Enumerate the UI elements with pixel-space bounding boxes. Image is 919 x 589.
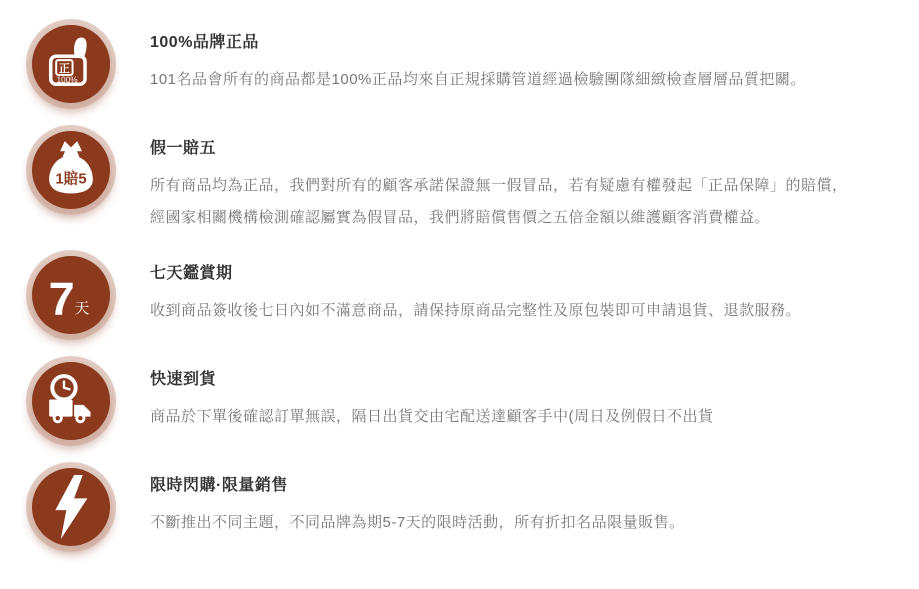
delivery-truck-clock-icon xyxy=(32,362,110,440)
feature-row-flash-sale: 限時閃購·限量銷售 不斷推出不同主題，不同品牌為期5-7天的限時活動，所有折扣名… xyxy=(32,468,889,551)
badge-main-text: 7 xyxy=(49,273,75,325)
feature-title: 快速到貨 xyxy=(150,366,889,389)
compensation-badge: 1賠5 xyxy=(32,131,110,209)
badge-main-text: 1賠5 xyxy=(55,169,86,187)
fast-delivery-badge-circle xyxy=(32,362,110,440)
feature-title: 限時閃購·限量銷售 xyxy=(150,472,889,495)
feature-description: 不斷推出不同主題，不同品牌為期5-7天的限時活動，所有折扣名品限量販售。 xyxy=(150,507,889,538)
seven-day-badge: 7 天 xyxy=(32,256,110,334)
feature-text-authentic: 100%品牌正品 101名品會所有的商品都是100%正品均來自正規採購管道經過檢… xyxy=(150,25,889,95)
feature-row-fast-delivery: 快速到貨 商品於下單後確認訂單無誤，隔日出貨交由宅配送達顧客手中(周日及例假日不… xyxy=(32,362,889,445)
feature-description: 所有商品均為正品，我們對所有的顧客承諾保證無一假冒品，若有疑慮有權發起「正品保障… xyxy=(150,170,889,201)
service-guarantees-section: 正 100% 100%品牌正品 101名品會所有的商品都是100%正品均來自正規… xyxy=(0,0,919,589)
feature-text-fast-delivery: 快速到貨 商品於下單後確認訂單無誤，隔日出貨交由宅配送達顧客手中(周日及例假日不… xyxy=(150,362,889,432)
fast-delivery-badge xyxy=(32,362,110,440)
badge-main-text: 正 xyxy=(59,61,70,75)
feature-text-seven-day: 七天鑑賞期 收到商品簽收後七日內如不滿意商品，請保持原商品完整性及原包裝即可申請… xyxy=(150,256,889,326)
feature-description: 收到商品簽收後七日內如不滿意商品，請保持原商品完整性及原包裝即可申請退貨、退款服… xyxy=(150,295,889,326)
authentic-badge-circle: 正 100% xyxy=(32,25,110,103)
seven-days-icon: 7 天 xyxy=(32,256,110,334)
feature-title: 假一賠五 xyxy=(150,135,889,158)
feature-description: 101名品會所有的商品都是100%正品均來自正規採購管道經過檢驗團隊細緻檢查層層… xyxy=(150,64,889,95)
feature-row-seven-day: 7 天 七天鑑賞期 收到商品簽收後七日內如不滿意商品，請保持原商品完整性及原包裝… xyxy=(32,256,889,339)
feature-title: 七天鑑賞期 xyxy=(150,260,889,283)
money-bag-icon: 1賠5 xyxy=(32,131,110,209)
feature-title: 100%品牌正品 xyxy=(150,29,889,52)
badge-sub-text: 100% xyxy=(57,75,78,84)
flash-sale-badge-circle xyxy=(32,468,110,546)
feature-row-compensation: 1賠5 假一賠五 所有商品均為正品，我們對所有的顧客承諾保證無一假冒品，若有疑慮… xyxy=(32,131,889,233)
seven-day-badge-circle: 7 天 xyxy=(32,256,110,334)
compensation-badge-circle: 1賠5 xyxy=(32,131,110,209)
feature-row-authentic: 正 100% 100%品牌正品 101名品會所有的商品都是100%正品均來自正規… xyxy=(32,25,889,108)
badge-sub-text: 天 xyxy=(75,300,90,317)
lightning-bolt-icon xyxy=(32,468,110,546)
thumbs-up-certified-icon: 正 100% xyxy=(32,25,110,103)
flash-sale-badge xyxy=(32,468,110,546)
feature-description: 經國家相關機構檢測確認屬實為假冒品，我們將賠償售價之五倍金額以維護顧客消費權益。 xyxy=(150,202,889,233)
feature-text-compensation: 假一賠五 所有商品均為正品，我們對所有的顧客承諾保證無一假冒品，若有疑慮有權發起… xyxy=(150,131,889,233)
feature-text-flash-sale: 限時閃購·限量銷售 不斷推出不同主題，不同品牌為期5-7天的限時活動，所有折扣名… xyxy=(150,468,889,538)
authentic-badge: 正 100% xyxy=(32,25,110,103)
feature-description: 商品於下單後確認訂單無誤，隔日出貨交由宅配送達顧客手中(周日及例假日不出貨 xyxy=(150,401,889,432)
